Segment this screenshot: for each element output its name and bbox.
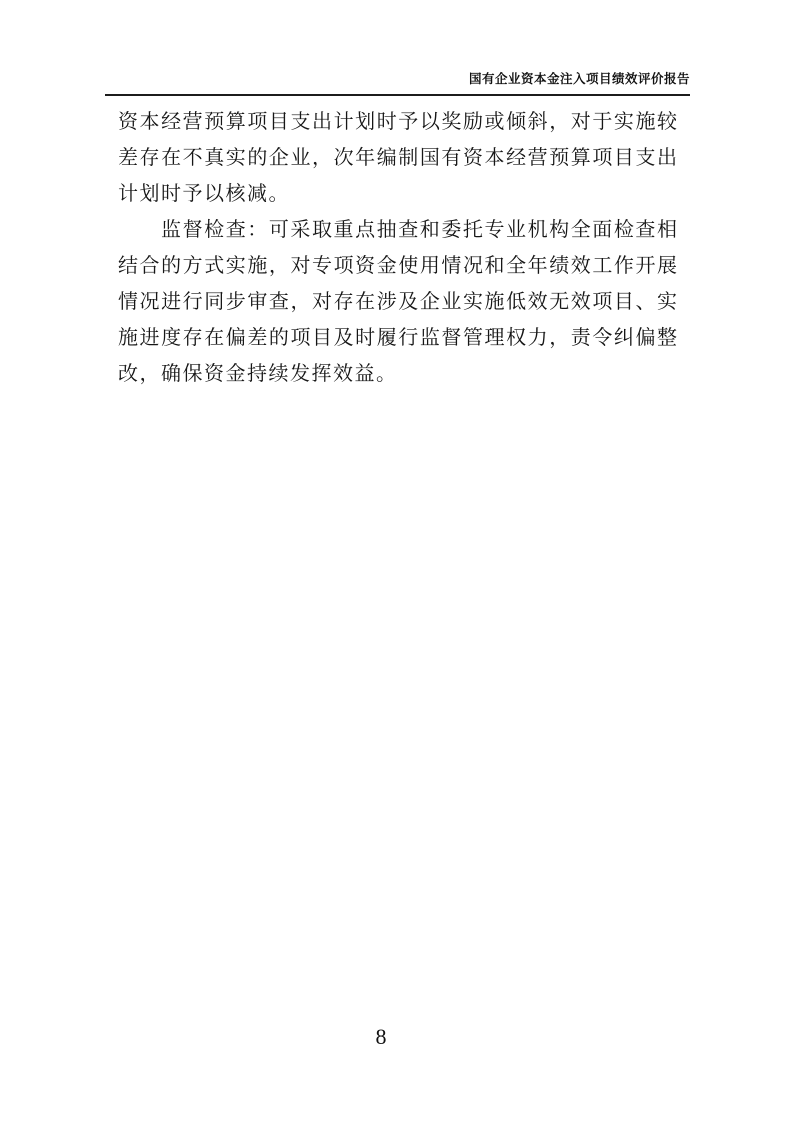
text-line: 计划时予以核减。 [118, 176, 677, 212]
text-line: 改，确保资金持续发挥效益。 [118, 356, 677, 392]
text-line: 监督检查：可采取重点抽查和委托专业机构全面检查相 [118, 212, 677, 248]
document-page: 国有企业资本金注入项目绩效评价报告 资本经营预算项目支出计划时予以奖励或倾斜，对… [0, 0, 793, 1122]
text-line: 资本经营预算项目支出计划时予以奖励或倾斜，对于实施较 [118, 104, 677, 140]
paragraph: 资本经营预算项目支出计划时予以奖励或倾斜，对于实施较 差存在不真实的企业，次年编… [118, 104, 677, 212]
page-number: 8 [105, 1024, 657, 1050]
paragraph: 监督检查：可采取重点抽查和委托专业机构全面检查相 结合的方式实施，对专项资金使用… [118, 212, 677, 392]
text-line: 情况进行同步审查，对存在涉及企业实施低效无效项目、实 [118, 284, 677, 320]
body-text-block: 资本经营预算项目支出计划时予以奖励或倾斜，对于实施较 差存在不真实的企业，次年编… [118, 104, 677, 392]
header-rule-divider [105, 94, 690, 96]
text-line: 施进度存在偏差的项目及时履行监督管理权力，责令纠偏整 [118, 320, 677, 356]
text-line: 差存在不真实的企业，次年编制国有资本经营预算项目支出 [118, 140, 677, 176]
running-header-title: 国有企业资本金注入项目绩效评价报告 [105, 70, 690, 88]
text-line: 结合的方式实施，对专项资金使用情况和全年绩效工作开展 [118, 248, 677, 284]
